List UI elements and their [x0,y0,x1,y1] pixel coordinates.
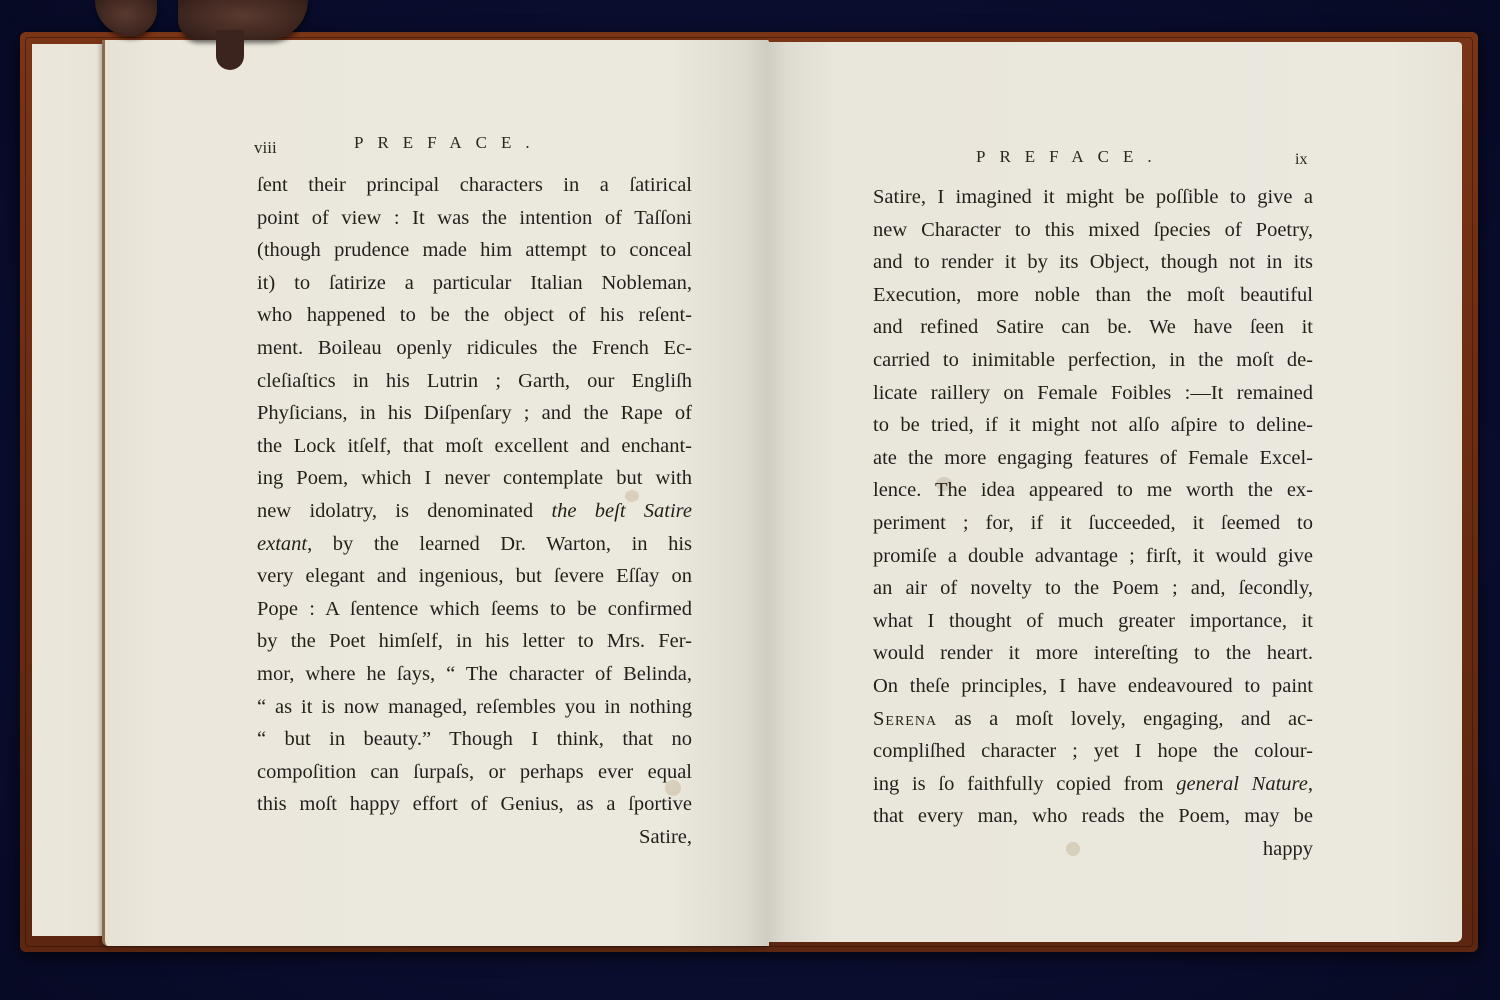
text-line: “ as it is now managed, reſembles you in… [257,691,692,724]
text-line: ing Poem, which I never contemplate but … [257,462,692,495]
text-segment: new idolatry, is denominated [257,500,533,522]
text-line: and refined Satire can be. We have ſeen … [873,311,1313,344]
text-segment: as a moſt lovely, engaging, and ac- [937,708,1313,730]
running-title-left: PREFACE. [354,133,544,153]
text-line: licate raillery on Female Foibles :—It r… [873,377,1313,410]
text-line: periment ; for, if it ſucceeded, it ſeem… [873,507,1313,540]
text-line: it) to ſatirize a particular Italian Nob… [257,267,692,300]
text-segment: , by the learned Dr. Warton, in his [307,533,692,555]
left-page-body: ſent their principal characters in a ſat… [257,169,692,853]
text-line: an air of novelty to the Poem ; and, ſec… [873,572,1313,605]
text-line: would render it more intereſting to the … [873,637,1313,670]
text-line: promiſe a double advantage ; firſt, it w… [873,540,1313,573]
italic-phrase: the beſt Satire [551,500,692,522]
text-line: ment. Boileau openly ridicules the Frenc… [257,332,692,365]
text-line: (though prudence made him attempt to con… [257,234,692,267]
text-line: Satire, I imagined it might be poſſible … [873,181,1313,214]
text-line: ate the more engaging features of Female… [873,442,1313,475]
catchword: happy [873,833,1313,866]
text-line: ing is ſo faithfully copied from general… [873,768,1313,801]
metal-clasp [95,0,157,36]
text-line: mor, where he ſays, “ The character of B… [257,658,692,691]
text-line: the Lock itſelf, that moſt excellent and… [257,430,692,463]
text-line: ſent their principal characters in a ſat… [257,169,692,202]
right-page-body: Satire, I imagined it might be poſſible … [873,181,1313,865]
text-line: point of view : It was the intention of … [257,202,692,235]
text-line: Execution, more noble than the moſt beau… [873,279,1313,312]
text-line: that every man, who reads the Poem, may … [873,800,1313,833]
text-line: extant, by the learned Dr. Warton, in hi… [257,528,692,561]
italic-phrase: extant [257,533,307,555]
text-line: carried to inimitable perfection, in the… [873,344,1313,377]
text-line: what I thought of much greater importanc… [873,605,1313,638]
text-line: and to render it by its Object, though n… [873,246,1313,279]
catchword: Satire, [257,821,692,854]
text-segment: , [1308,773,1313,795]
text-line: very elegant and ingenious, but ſevere E… [257,560,692,593]
text-line: Pope : A ſentence which ſeems to be conf… [257,593,692,626]
running-title-right: PREFACE. [976,147,1166,167]
text-line: compoſition can ſurpaſs, or perhaps ever… [257,756,692,789]
page-number-right: ix [1295,151,1307,169]
small-caps-name: Serena [873,708,937,730]
text-line: compliſhed character ; yet I hope the co… [873,735,1313,768]
text-line: cleſiaſtics in his Lutrin ; Garth, our E… [257,365,692,398]
text-line: by the Poet himſelf, in his letter to Mr… [257,625,692,658]
text-line: to be tried, if it might not alſo aſpire… [873,409,1313,442]
text-segment: ing is ſo faithfully copied from [873,773,1164,795]
text-line: lence. The idea appeared to me worth the… [873,474,1313,507]
text-line: new Character to this mixed ſpecies of P… [873,214,1313,247]
text-line: this moſt happy effort of Genius, as a ſ… [257,788,692,821]
text-line: Phyſicians, in his Diſpenſary ; and the … [257,397,692,430]
metal-clasp [178,0,308,40]
text-line: who happened to be the object of his reſ… [257,299,692,332]
text-line: Serena as a moſt lovely, engaging, and a… [873,703,1313,736]
text-line: “ but in beauty.” Though I think, that n… [257,723,692,756]
page-number-left: viii [254,138,277,158]
italic-phrase: general Nature [1176,773,1308,795]
text-line: new idolatry, is denominated the beſt Sa… [257,495,692,528]
text-line: On theſe principles, I have endeavoured … [873,670,1313,703]
